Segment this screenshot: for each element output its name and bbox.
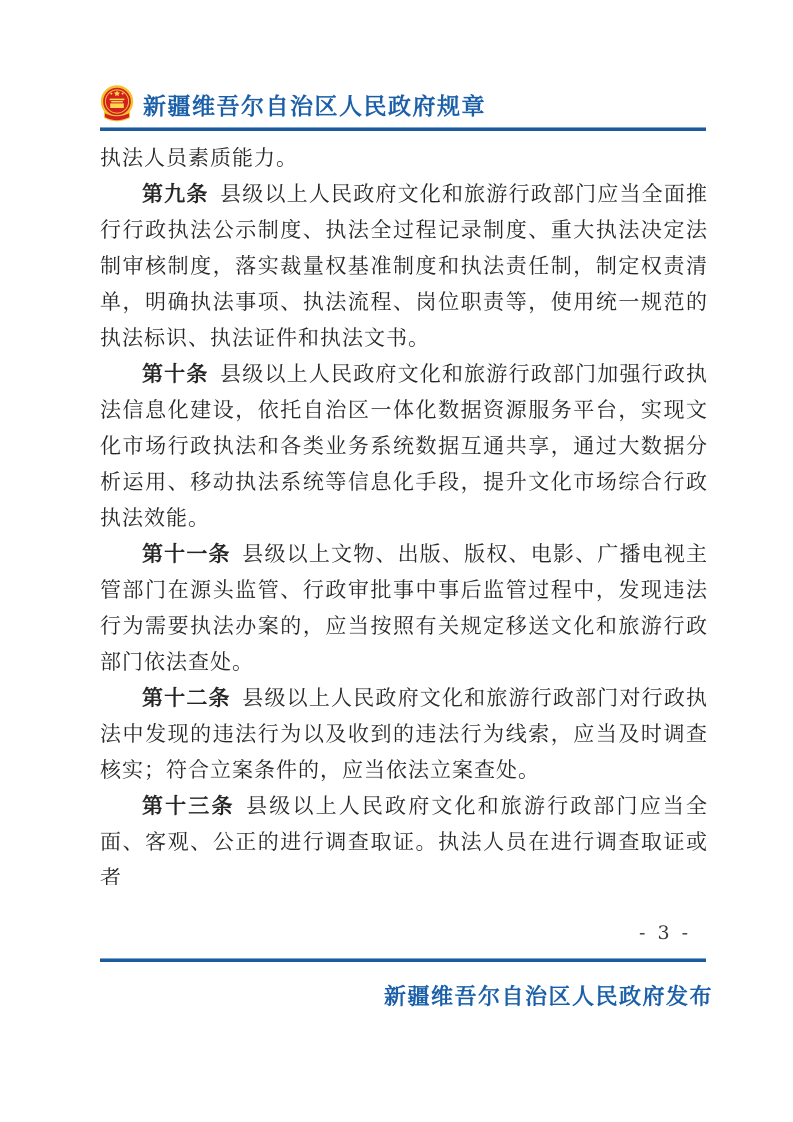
paragraph-article-10: 第十条县级以上人民政府文化和旅游行政部门加强行政执法信息化建设，依托自治区一体化… bbox=[100, 356, 708, 536]
paragraph-text: 执法人员素质能力。 bbox=[100, 146, 298, 170]
article-number: 第十二条 bbox=[142, 686, 231, 710]
paragraph-article-12: 第十二条县级以上人民政府文化和旅游行政部门对行政执法中发现的违法行为以及收到的违… bbox=[100, 680, 708, 788]
china-national-emblem-icon bbox=[100, 84, 134, 124]
document-type-title: 新疆维吾尔自治区人民政府规章 bbox=[143, 88, 486, 121]
paragraph-text: 县级以上人民政府文化和旅游行政部门加强行政执法信息化建设，依托自治区一体化数据资… bbox=[100, 362, 708, 530]
document-header: 新疆维吾尔自治区人民政府规章 bbox=[100, 82, 708, 126]
paragraph-article-11: 第十一条县级以上文物、出版、版权、电影、广播电视主管部门在源头监管、行政审批事中… bbox=[100, 536, 708, 680]
article-number: 第十一条 bbox=[142, 542, 231, 566]
publisher-line: 新疆维吾尔自治区人民政府发布 bbox=[384, 980, 713, 1011]
paragraph-article-13: 第十三条县级以上人民政府文化和旅游行政部门应当全面、客观、公正的进行调查取证。执… bbox=[100, 788, 708, 885]
paragraph-continuation: 执法人员素质能力。 bbox=[100, 140, 708, 176]
article-number: 第九条 bbox=[142, 182, 209, 206]
footer-divider bbox=[100, 958, 706, 962]
header-divider bbox=[100, 127, 706, 131]
page-number: - 3 - bbox=[639, 922, 691, 944]
paragraph-text: 县级以上人民政府文化和旅游行政部门应当全面推行行政执法公示制度、执法全过程记录制… bbox=[100, 182, 708, 350]
document-body: 执法人员素质能力。 第九条县级以上人民政府文化和旅游行政部门应当全面推行行政执法… bbox=[100, 140, 708, 885]
article-number: 第十三条 bbox=[142, 794, 235, 818]
article-number: 第十条 bbox=[142, 362, 209, 386]
document-page: 新疆维吾尔自治区人民政府规章 执法人员素质能力。 第九条县级以上人民政府文化和旅… bbox=[0, 0, 793, 1122]
paragraph-article-9: 第九条县级以上人民政府文化和旅游行政部门应当全面推行行政执法公示制度、执法全过程… bbox=[100, 176, 708, 356]
